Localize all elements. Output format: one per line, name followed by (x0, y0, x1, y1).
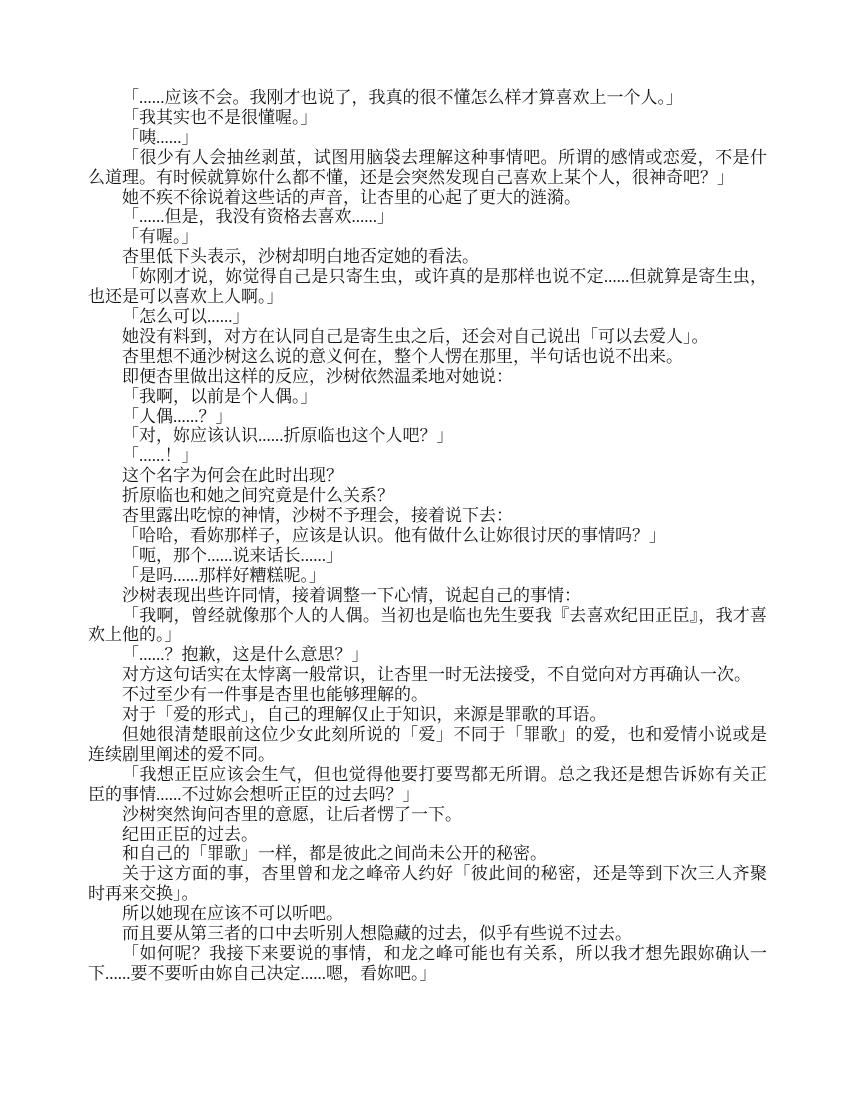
novel-paragraph: 「咦......」 (88, 128, 767, 148)
novel-paragraph: 「对，妳应该认识......折原临也这个人吧？」 (88, 426, 767, 446)
novel-paragraph: 她没有料到，对方在认同自己是寄生虫之后，还会对自己说出「可以去爱人」。 (88, 327, 767, 347)
novel-paragraph: 杏里露出吃惊的神情，沙树不予理会，接着说下去： (88, 506, 767, 526)
novel-paragraph: 和自己的「罪歌」一样，都是彼此之间尚未公开的秘密。 (88, 844, 767, 864)
novel-paragraph: 所以她现在应该不可以听吧。 (88, 904, 767, 924)
novel-paragraph: 「......但是，我没有资格去喜欢......」 (88, 207, 767, 227)
novel-paragraph: 沙树突然询问杏里的意愿，让后者愣了一下。 (88, 805, 767, 825)
novel-paragraph: 但她很清楚眼前这位少女此刻所说的「爱」不同于「罪歌」的爱，也和爱情小说或是连续剧… (88, 725, 767, 765)
novel-text-block: 「......应该不会。我刚才也说了，我真的很不懂怎么样才算喜欢上一个人。」「我… (88, 88, 767, 984)
novel-paragraph: 对方这句话实在太悖离一般常识，让杏里一时无法接受，不自觉向对方再确认一次。 (88, 665, 767, 685)
novel-paragraph: 「怎么可以......」 (88, 307, 767, 327)
novel-paragraph: 「......？抱歉，这是什么意思？」 (88, 645, 767, 665)
novel-paragraph: 她不疾不徐说着这些话的声音，让杏里的心起了更大的涟漪。 (88, 188, 767, 208)
novel-paragraph: 折原临也和她之间究竟是什么关系？ (88, 486, 767, 506)
novel-paragraph: 杏里想不通沙树这么说的意义何在，整个人愣在那里，半句话也说不出来。 (88, 347, 767, 367)
novel-paragraph: 「妳刚才说，妳觉得自己是只寄生虫，或许真的是那样也说不定......但就算是寄生… (88, 267, 767, 307)
novel-paragraph: 对于「爱的形式」，自己的理解仅止于知识，来源是罪歌的耳语。 (88, 705, 767, 725)
novel-paragraph: 纪田正臣的过去。 (88, 825, 767, 845)
novel-paragraph: 「我其实也不是很懂喔。」 (88, 108, 767, 128)
novel-paragraph: 这个名字为何会在此时出现？ (88, 466, 767, 486)
novel-paragraph: 「是吗......那样好糟糕呢。」 (88, 566, 767, 586)
novel-paragraph: 不过至少有一件事是杏里也能够理解的。 (88, 685, 767, 705)
novel-paragraph: 「我想正臣应该会生气，但也觉得他要打要骂都无所谓。总之我还是想告诉妳有关正臣的事… (88, 765, 767, 805)
novel-paragraph: 「如何呢？我接下来要说的事情，和龙之峰可能也有关系，所以我才想先跟妳确认一下..… (88, 944, 767, 984)
novel-paragraph: 关于这方面的事，杏里曾和龙之峰帝人约好「彼此间的秘密，还是等到下次三人齐聚时再来… (88, 864, 767, 904)
novel-paragraph: 「......！」 (88, 446, 767, 466)
novel-paragraph: 「人偶......？」 (88, 407, 767, 427)
novel-paragraph: 「我啊，曾经就像那个人的人偶。当初也是临也先生要我『去喜欢纪田正臣』，我才喜欢上… (88, 606, 767, 646)
novel-paragraph: 「呃，那个......说来话长......」 (88, 546, 767, 566)
novel-paragraph: 即便杏里做出这样的反应，沙树依然温柔地对她说： (88, 367, 767, 387)
novel-paragraph: 「我啊，以前是个人偶。」 (88, 387, 767, 407)
novel-paragraph: 「哈哈，看妳那样子，应该是认识。他有做什么让妳很讨厌的事情吗？」 (88, 526, 767, 546)
novel-paragraph: 杏里低下头表示，沙树却明白地否定她的看法。 (88, 247, 767, 267)
novel-paragraph: 「......应该不会。我刚才也说了，我真的很不懂怎么样才算喜欢上一个人。」 (88, 88, 767, 108)
novel-paragraph: 「有喔。」 (88, 227, 767, 247)
novel-paragraph: 而且要从第三者的口中去听别人想隐藏的过去，似乎有些说不过去。 (88, 924, 767, 944)
novel-paragraph: 「很少有人会抽丝剥茧，试图用脑袋去理解这种事情吧。所谓的感情或恋爱，不是什么道理… (88, 148, 767, 188)
document-page: 「......应该不会。我刚才也说了，我真的很不懂怎么样才算喜欢上一个人。」「我… (0, 0, 850, 1100)
novel-paragraph: 沙树表现出些许同情，接着调整一下心情，说起自己的事情： (88, 586, 767, 606)
